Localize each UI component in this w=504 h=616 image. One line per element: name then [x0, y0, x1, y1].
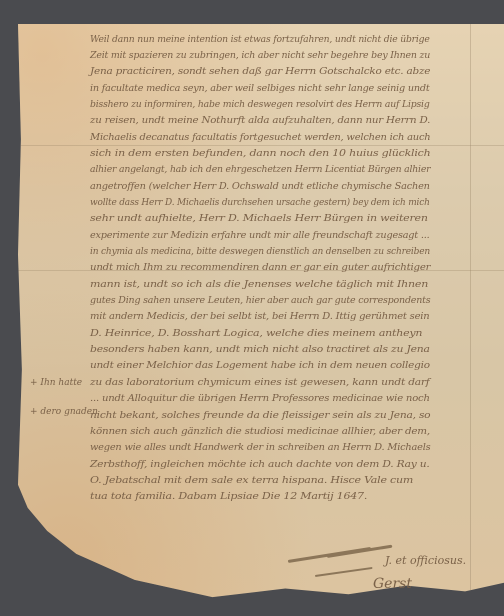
- text-line: Zerbsthoff, ingleichen möchte ich auch d…: [90, 459, 430, 470]
- text-line: alhier angelangt, hab ich den ehrgeschet…: [90, 164, 430, 175]
- text-line: wollte dass Herr D. Michaelis durchsehen…: [90, 197, 430, 208]
- text-line: wegen wie alles undt Handwerk der in sch…: [90, 442, 430, 453]
- fold-crease-horizontal: [18, 145, 504, 146]
- text-line: zu reisen, undt meine Nothurft alda aufz…: [90, 115, 430, 126]
- margin-note: + dero gnaden: [30, 407, 98, 417]
- text-line: sich in dem ersten befunden, dann noch d…: [90, 148, 430, 159]
- text-line: mann ist, undt so ich als die Jenenses w…: [90, 279, 428, 290]
- text-line: tua tota familia. Dabam Lipsiae Die 12 M…: [90, 491, 367, 502]
- signature-name: Gerst: [373, 576, 412, 592]
- text-line: Jena practiciren, sondt sehen daß gar He…: [90, 66, 430, 77]
- text-line: experimente zur Medizin erfahre undt mir…: [90, 230, 429, 241]
- text-line: mit andern Medicis, der bei selbt ist, b…: [90, 311, 429, 322]
- text-line: O. Jebatschal mit dem sale ex terra hisp…: [90, 475, 413, 486]
- text-line: besonders haben kann, undt mich nicht al…: [90, 344, 430, 355]
- text-line: in chymia als medicina, bitte deswegen d…: [90, 246, 430, 257]
- text-line: D. Heinrice, D. Bosshart Logica, welche …: [90, 328, 422, 339]
- text-line: können sich auch gänzlich die studiosi m…: [90, 426, 430, 437]
- text-line: sehr undt aufhielte, Herr D. Michaels He…: [90, 213, 428, 224]
- text-line: undt mich Ihm zu recommendiren dann er g…: [90, 262, 430, 273]
- text-line: bisshero zu informiren, habe mich desweg…: [90, 99, 430, 110]
- text-line: undt einer Melchior das Logement habe ic…: [90, 360, 430, 371]
- text-line: zu das laboratorium chymicum eines ist g…: [90, 377, 430, 388]
- text-line: Weil dann nun meine intention ist etwas …: [90, 34, 417, 45]
- text-line: angetroffen (welcher Herr D. Ochswald un…: [90, 181, 430, 192]
- text-line: Michaelis decanatus facultatis fortgesuc…: [90, 132, 430, 143]
- margin-note: + Ihn hatte: [30, 378, 82, 388]
- text-line: in facultate medica seyn, aber weil selb…: [90, 83, 430, 94]
- text-line: Zeit mit spazieren zu zubringen, ich abe…: [90, 50, 430, 61]
- text-line: gutes Ding sahen unsere Leuten, hier abe…: [90, 295, 430, 306]
- signature-text: J. et officiosus.: [385, 554, 466, 567]
- text-line: ... undt Alloquitur die übrigen Herrn Pr…: [90, 393, 430, 404]
- fold-crease-vertical: [470, 24, 471, 600]
- text-line: nicht bekant, solches freunde da die fle…: [90, 410, 430, 421]
